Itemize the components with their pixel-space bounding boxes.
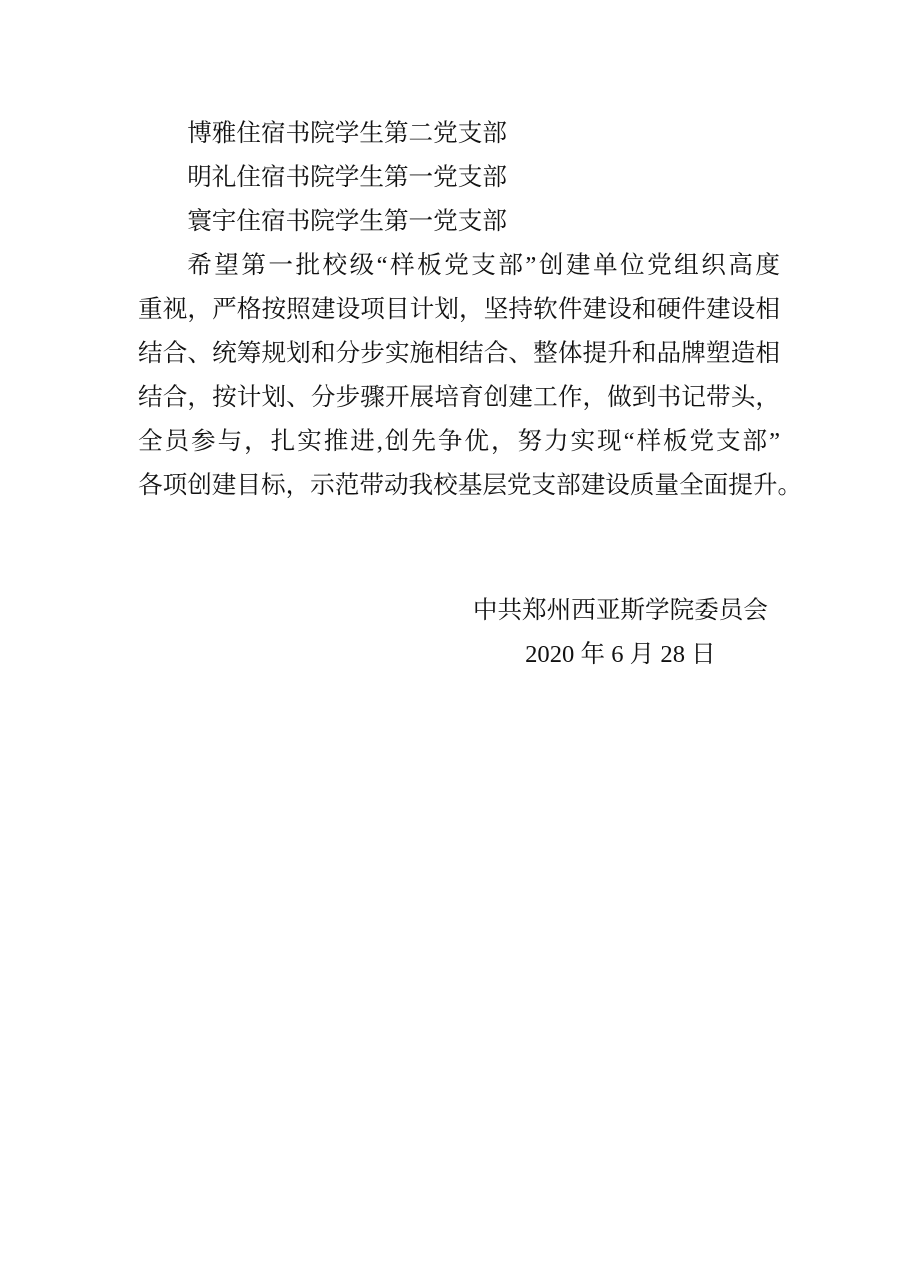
signature-committee: 中共郑州西亚斯学院委员会 [473, 589, 768, 633]
paragraph-line-3: 结合、统筹规划和分步实施相结合、整体提升和品牌塑造相 [138, 332, 780, 376]
signature-date: 2020 年 6 月 28 日 [525, 633, 716, 677]
paragraph-line-1: 希望第一批校级“样板党支部”创建单位党组织高度 [138, 244, 780, 288]
document-page: 博雅住宿书院学生第二党支部 明礼住宿书院学生第一党支部 寰宇住宿书院学生第一党支… [0, 0, 909, 1286]
branch-list-item-2: 明礼住宿书院学生第一党支部 [138, 156, 780, 200]
document-body: 博雅住宿书院学生第二党支部 明礼住宿书院学生第一党支部 寰宇住宿书院学生第一党支… [138, 112, 780, 508]
branch-list-item-1: 博雅住宿书院学生第二党支部 [138, 112, 780, 156]
branch-list-item-3: 寰宇住宿书院学生第一党支部 [138, 200, 780, 244]
paragraph-line-2: 重视，严格按照建设项目计划，坚持软件建设和硬件建设相 [138, 288, 780, 332]
paragraph-line-4: 结合，按计划、分步骤开展培育创建工作，做到书记带头， [138, 376, 780, 420]
signature-block: 中共郑州西亚斯学院委员会 2020 年 6 月 28 日 [473, 589, 768, 677]
paragraph-line-5: 全员参与，扎实推进,创先争优，努力实现“样板党支部” [138, 420, 780, 464]
paragraph-line-6: 各项创建目标，示范带动我校基层党支部建设质量全面提升。 [138, 464, 780, 508]
